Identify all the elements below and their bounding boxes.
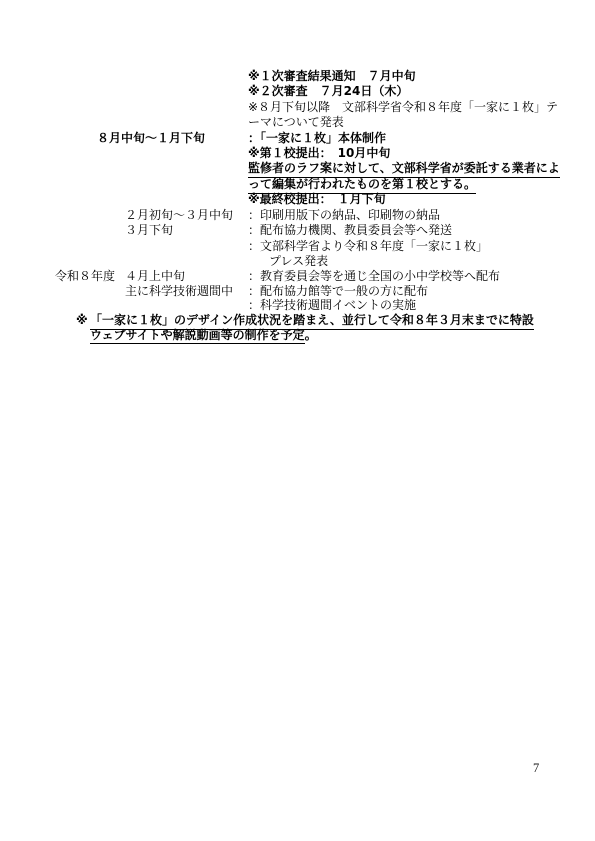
first-proof-line: ※第１校提出： 10月中旬	[0, 146, 595, 162]
theme-announce-line-2: ーマについて発表	[0, 115, 595, 131]
final-proof-line: ※最終校提出： １月下旬	[0, 192, 595, 208]
shipping-line: ３月下旬 ：配布協力機関、教員委員会等へ発送	[0, 223, 595, 239]
first-review-result-line: ※１次審査結果通知 ７月中旬	[0, 69, 595, 85]
science-week-period-text: 主に科学技術週間中	[125, 284, 233, 299]
shipping-task-text: ：配布協力機関、教員委員会等へ発送	[248, 223, 452, 238]
first-proof-text: ※第１校提出： 10月中旬	[248, 146, 390, 161]
distribution-line: 令和８年度 ４月上中旬 ：教育委員会等を通じ全国の小中学校等へ配布	[0, 269, 595, 285]
footnote-line-1: ※ 「一家に１枚」のデザイン作成状況を踏まえ、並行して令和８年３月末までに特設	[0, 313, 595, 329]
delivery-task-text: ：印刷用版下の納品、印刷物の納品	[248, 208, 440, 223]
first-proof-note-line-2: って編集が行われたものを第１校とする。	[0, 177, 595, 193]
press-line-2: プレス発表	[0, 254, 595, 270]
final-proof-text: ※最終校提出： １月下旬	[248, 192, 386, 207]
science-week-line-2: ：科学技術週間イベントの実施	[0, 298, 595, 314]
footnote-line-2: ウェブサイトや解説動画等の制作を予定。	[0, 328, 595, 344]
first-review-result-text: ※１次審査結果通知 ７月中旬	[248, 69, 416, 84]
production-line: ８月中旬～１月下旬 ：「一家に１枚」本体制作	[0, 131, 595, 147]
delivery-period-text: ２月初旬～３月中旬	[125, 208, 233, 223]
second-review-line: ※２次審査 ７月24日（木）	[0, 84, 595, 100]
footnote-marker: ※	[76, 313, 88, 328]
shipping-period-text: ３月下旬	[125, 223, 173, 238]
distribution-period-text: ４月上中旬	[125, 269, 185, 284]
delivery-line: ２月初旬～３月中旬 ：印刷用版下の納品、印刷物の納品	[0, 208, 595, 224]
theme-announce-text-1: ※８月下旬以降 文部科学省令和８年度「一家に１枚」テ	[248, 100, 558, 115]
footnote-text-2-period: 。	[305, 328, 317, 342]
distribution-task-text: ：教育委員会等を通じ全国の小中学校等へ配布	[248, 269, 500, 284]
theme-announce-line-1: ※８月下旬以降 文部科学省令和８年度「一家に１枚」テ	[0, 100, 595, 116]
press-text-1: ：文部科学省より令和８年度「一家に１枚」	[248, 239, 488, 254]
footnote-text-2-wrap: ウェブサイトや解説動画等の制作を予定。	[90, 328, 317, 343]
first-proof-note-line-1: 監修者のラフ案に対して、文部科学省が委託する業者によ	[0, 161, 595, 177]
fiscal-year-text: 令和８年度	[55, 269, 115, 284]
first-proof-note-text-1: 監修者のラフ案に対して、文部科学省が委託する業者によ	[248, 161, 560, 178]
footnote-text-2: ウェブサイトや解説動画等の制作を予定	[90, 328, 305, 344]
production-task-text: ：「一家に１枚」本体制作	[248, 131, 386, 146]
page-number: 7	[533, 761, 539, 776]
press-line-1: ：文部科学省より令和８年度「一家に１枚」	[0, 239, 595, 255]
press-text-2: プレス発表	[269, 254, 328, 269]
document-page: ※１次審査結果通知 ７月中旬 ※２次審査 ７月24日（木） ※８月下旬以降 文部…	[0, 0, 595, 841]
science-week-task-text-1: ：配布協力館等で一般の方に配布	[248, 284, 428, 299]
second-review-text: ※２次審査 ７月24日（木）	[248, 84, 408, 99]
science-week-task-text-2: ：科学技術週間イベントの実施	[248, 298, 416, 313]
theme-announce-text-2: ーマについて発表	[248, 115, 344, 130]
production-period-text: ８月中旬～１月下旬	[97, 131, 205, 146]
